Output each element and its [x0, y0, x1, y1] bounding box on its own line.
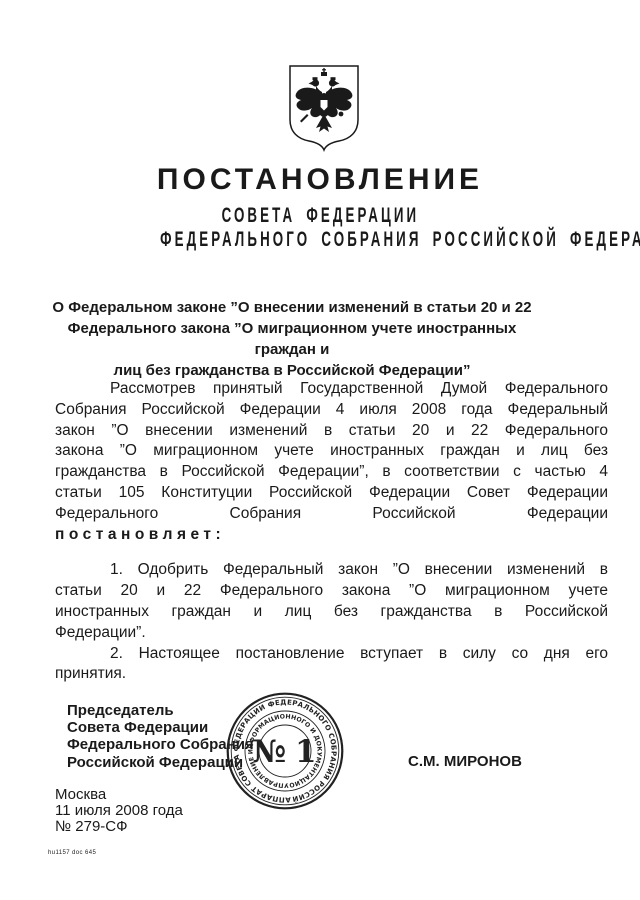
- doc-title-line: Федерального закона ”О миграционном учет…: [36, 318, 548, 360]
- text-line: закон ”О внесении изменений в статьи 20 …: [55, 421, 608, 442]
- org-name-line-1: СОВЕТА ФЕДЕРАЦИИ: [0, 203, 640, 228]
- doc-type-title: ПОСТАНОВЛЕНИЕ: [0, 163, 640, 197]
- org-name-text: СОВЕТА ФЕДЕРАЦИИ: [221, 203, 419, 228]
- org-name-text: ФЕДЕРАЛЬНОГО СОБРАНИЯ РОССИЙСКОЙ ФЕДЕРАЦ…: [160, 227, 640, 252]
- official-stamp: АППАРАТ СОВЕТА ФЕДЕРАЦИИ ФЕДЕРАЛЬНОГО СО…: [225, 691, 345, 811]
- place-city: Москва: [55, 787, 183, 803]
- text-line: гражданства в Российской Федерации”, в с…: [55, 462, 608, 483]
- body-paragraph: Рассмотрев принятый Государственной Думо…: [55, 379, 608, 545]
- doc-body: Рассмотрев принятый Государственной Думо…: [55, 379, 608, 685]
- signer-name: С.М. МИРОНОВ: [408, 753, 522, 770]
- doc-title-line: О Федеральном законе ”О внесении изменен…: [36, 297, 548, 318]
- resolution-item-2: 2. Настоящее постановление вступает в си…: [55, 644, 608, 686]
- org-name-line-2: ФЕДЕРАЛЬНОГО СОБРАНИЯ РОССИЙСКОЙ ФЕДЕРАЦ…: [0, 227, 640, 252]
- text-line: статьи 105 Конституции Российской Федера…: [55, 483, 608, 504]
- text-line: Федерального Собрания Российской Федерац…: [55, 504, 608, 525]
- text-line: Федерации”.: [55, 623, 608, 644]
- stamp-number: № 1: [252, 734, 315, 770]
- text-line: 2. Настоящее постановление вступает в си…: [55, 644, 608, 665]
- text-line: закона ”О миграционном учете иностранных…: [55, 441, 608, 462]
- resolution-item-1: 1. Одобрить Федеральный закон ”О внесени…: [55, 560, 608, 643]
- text-line: Рассмотрев принятый Государственной Думо…: [55, 379, 608, 400]
- coat-of-arms-icon: [286, 62, 362, 152]
- document-page: ПОСТАНОВЛЕНИЕ СОВЕТА ФЕДЕРАЦИИ ФЕДЕРАЛЬН…: [0, 0, 640, 900]
- doc-number: № 279-СФ: [55, 819, 183, 835]
- text-line: статьи 20 и 22 Федерального закона ”О ми…: [55, 581, 608, 602]
- text-line: принятия.: [55, 664, 608, 685]
- doc-date: 11 июля 2008 года: [55, 803, 183, 819]
- text-line: иностранных граждан и лиц без гражданств…: [55, 602, 608, 623]
- text-line: 1. Одобрить Федеральный закон ”О внесени…: [55, 560, 608, 581]
- doc-title: О Федеральном законе ”О внесении изменен…: [36, 297, 548, 381]
- decree-keyword: постановляет:: [55, 525, 608, 546]
- issue-meta: Москва 11 июля 2008 года № 279-СФ: [55, 787, 183, 836]
- file-reference: hu1157 doc 645: [48, 850, 96, 856]
- text-line: Собрания Российской Федерации 4 июля 200…: [55, 400, 608, 421]
- doc-title-line: лиц без гражданства в Российской Федерац…: [36, 360, 548, 381]
